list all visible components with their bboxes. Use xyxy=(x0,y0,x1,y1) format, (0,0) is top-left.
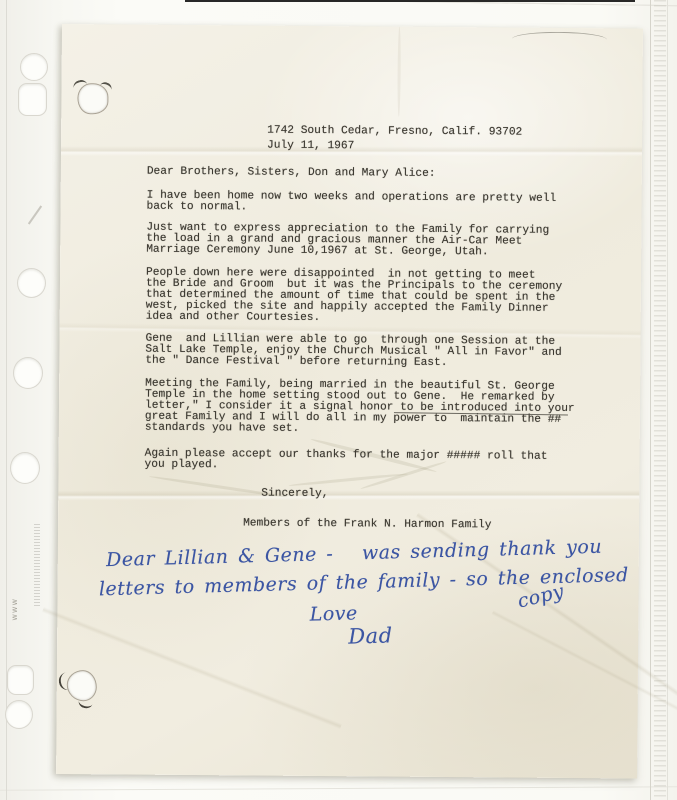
binder-hole xyxy=(10,452,40,484)
closing: Sincerely, xyxy=(261,489,328,501)
sleeve-crease-mark xyxy=(28,205,42,224)
sleeve-watermark: www xyxy=(10,598,19,621)
paragraph: Meeting the Family, being married in the… xyxy=(145,379,575,438)
binder-hole xyxy=(17,268,46,298)
binder-hole xyxy=(18,83,47,116)
paragraph: Gene and Lillian were able to go through… xyxy=(145,334,561,371)
sleeve-fine-print xyxy=(34,524,40,608)
scanned-letter-in-sleeve: www 1742 South Cedar, Fresno, Calif. 937… xyxy=(0,0,677,800)
binder-hole xyxy=(7,665,34,695)
sleeve-edge-line xyxy=(667,0,668,800)
paragraph: Again please accept our thanks for the m… xyxy=(144,449,547,474)
scanner-edge-artifact xyxy=(185,0,635,2)
binder-hole xyxy=(5,700,33,729)
paragraph: Just want to express appreciation to the… xyxy=(146,223,549,259)
paragraph: People down here were disappointed in no… xyxy=(146,268,563,327)
binder-hole xyxy=(13,357,43,389)
letter-paper: 1742 South Cedar, Fresno, Calif. 93702 J… xyxy=(56,24,643,779)
sleeve-seam-line xyxy=(0,786,677,791)
sleeve-crimped-seam xyxy=(654,0,666,800)
handwritten-signoff: Love xyxy=(309,602,358,625)
handwritten-signature: Dad xyxy=(348,623,393,648)
handwritten-note: Dear Lillian & Gene - was sending thank … xyxy=(96,533,619,677)
paragraph: I have been home now two weeks and opera… xyxy=(147,191,557,216)
letter-line: Marriage Ceremony June 10,1967 at St. Ge… xyxy=(146,245,549,259)
typed-signature: Members of the Frank N. Harmon Family xyxy=(243,518,491,531)
binder-hole xyxy=(20,53,48,81)
sleeve-edge-line xyxy=(650,0,651,800)
